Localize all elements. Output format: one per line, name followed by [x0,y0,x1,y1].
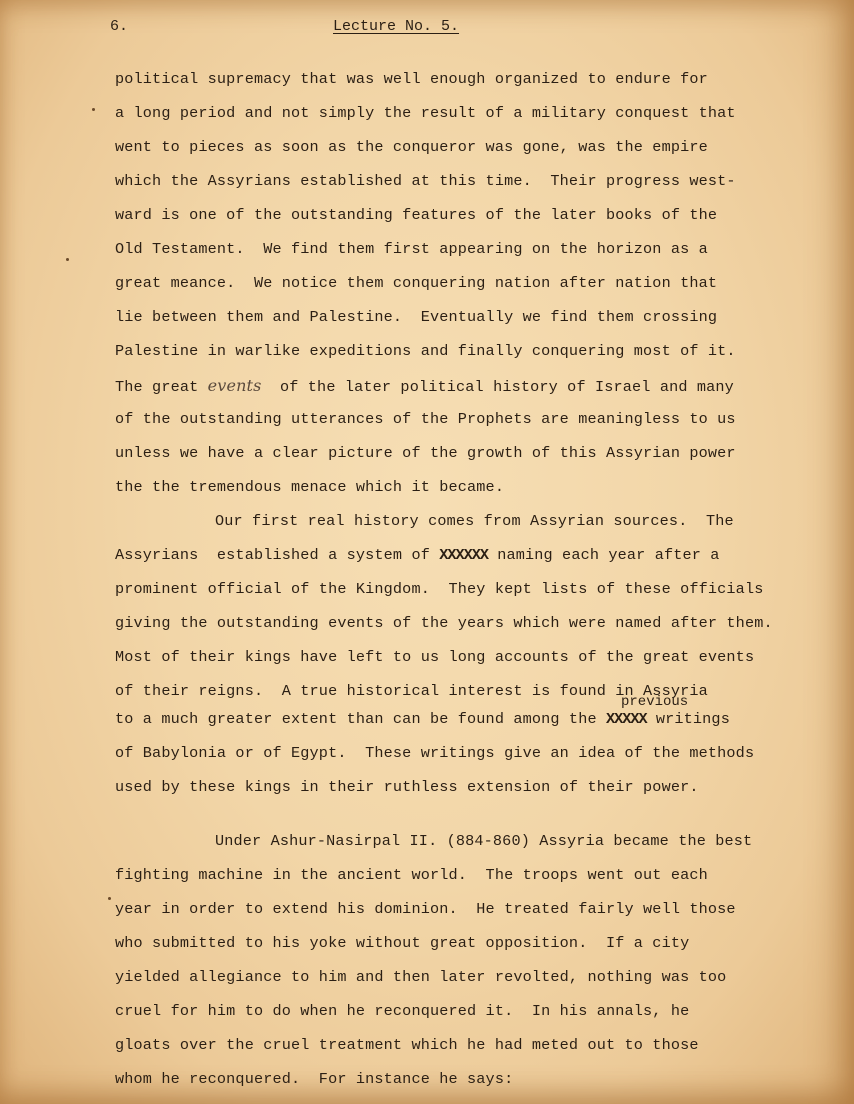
text-line: Under Ashur-Nasirpal II. (884-860) Assyr… [215,832,752,852]
text-line: lie between them and Palestine. Eventual… [115,308,717,328]
text-fragment: naming each year after a [488,546,720,564]
text-line: Palestine in warlike expeditions and fin… [115,342,736,362]
text-fragment: Assyrians established a system of [115,546,439,564]
interlinear-insert: previous [621,694,688,710]
page-number: 6. [110,18,128,35]
text-line: Old Testament. We find them first appear… [115,240,708,260]
text-line: yielded allegiance to him and then later… [115,968,726,988]
text-line: unless we have a clear picture of the gr… [115,444,736,464]
text-line: used by these kings in their ruthless ex… [115,778,699,798]
text-line: went to pieces as soon as the conqueror … [115,138,708,158]
text-line: great meance. We notice them conquering … [115,274,717,294]
text-line: The great events of the later political … [115,376,734,396]
text-fragment: of the later political history of Israel… [261,378,733,396]
text-line: of the outstanding utterances of the Pro… [115,410,736,430]
text-line: cruel for him to do when he reconquered … [115,1002,689,1022]
margin-mark [108,897,111,900]
margin-mark [66,258,69,261]
text-fragment: writings [647,710,730,728]
text-fragment: The great [115,378,208,396]
text-line: Assyrians established a system of XXXXXX… [115,546,720,566]
text-line: fighting machine in the ancient world. T… [115,866,708,886]
margin-mark [92,108,95,111]
struck-out-text: XXXXX [606,710,647,728]
text-line: whom he reconquered. For instance he say… [115,1070,513,1090]
typewritten-page: 6. Lecture No. 5. political supremacy th… [0,0,854,1104]
struck-out-text: XXXXXX [439,546,488,564]
text-line: to a much greater extent than can be fou… [115,710,730,730]
text-line: prominent official of the Kingdom. They … [115,580,763,600]
text-line: giving the outstanding events of the yea… [115,614,773,634]
text-line: ward is one of the outstanding features … [115,206,717,226]
text-line: who submitted to his yoke without great … [115,934,689,954]
lecture-title: Lecture No. 5. [333,18,459,35]
text-line: year in order to extend his dominion. He… [115,900,736,920]
text-line: Our first real history comes from Assyri… [215,512,734,532]
text-line: Most of their kings have left to us long… [115,648,754,668]
text-line: of Babylonia or of Egypt. These writings… [115,744,754,764]
text-line: gloats over the cruel treatment which he… [115,1036,699,1056]
text-line: which the Assyrians established at this … [115,172,736,192]
text-line: political supremacy that was well enough… [115,70,708,90]
text-line: the the tremendous menace which it becam… [115,478,504,498]
handwritten-correction: events [208,376,262,395]
text-line: of their reigns. A true historical inter… [115,682,708,702]
page-header: 6. Lecture No. 5. [0,8,854,38]
text-fragment: to a much greater extent than can be fou… [115,710,606,728]
text-line: a long period and not simply the result … [115,104,736,124]
